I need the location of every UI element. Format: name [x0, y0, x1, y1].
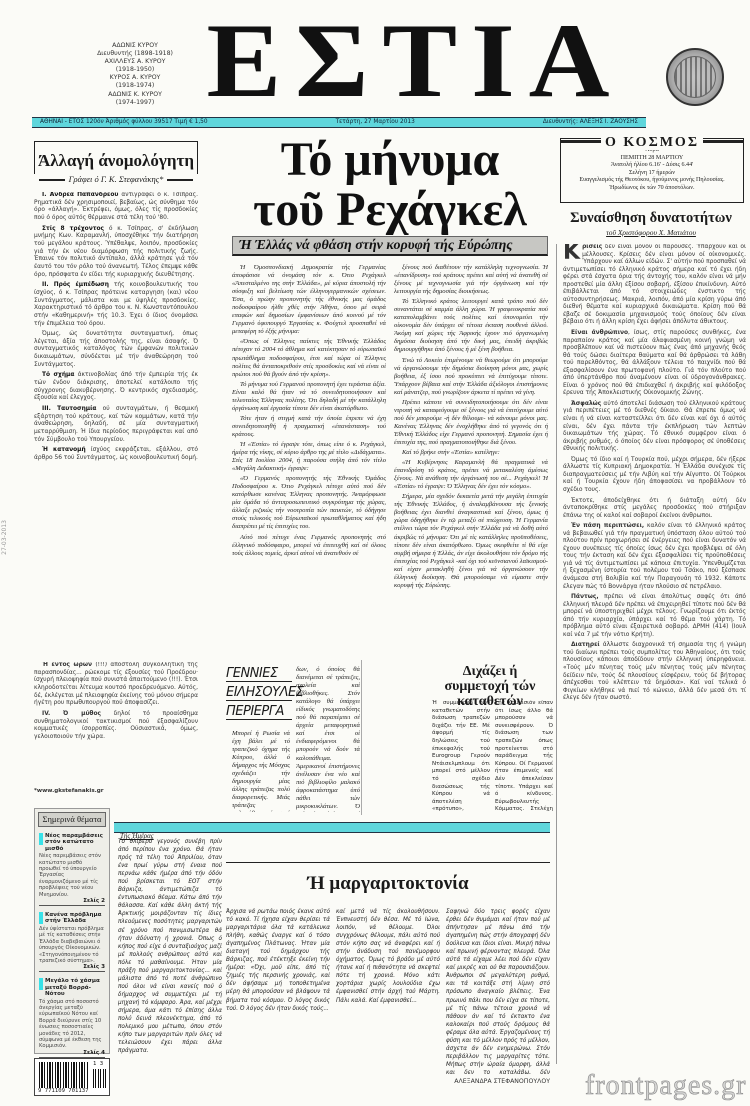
paragraph: Ή «Έστία» τό έγραψε τότε, όπως είπε ό κ.…: [232, 441, 386, 473]
rubric-word: ΕΙΛΗΣΟΥΛΕΣ: [226, 685, 292, 701]
athena-seal-icon: [666, 48, 724, 106]
topic-page-ref: Σελίς 2: [39, 898, 105, 906]
paragraph: ξένους πού διαθέτουν τήν κατάλληλη τεχνο…: [394, 264, 548, 296]
founder-line: (1918-1974): [60, 82, 210, 90]
daily-column-1: Τό θλιβερό γεγονός συνέβη πρίν άπό περίπ…: [118, 838, 222, 1096]
daisy-article-headline: Ή μαργαριτοκτονία: [228, 872, 548, 896]
topic-headline: Μεγάλο τό χάσμα μεταξύ Βορρά-Νότου: [45, 978, 105, 997]
paragraph: Ή Όμοσπονδιακή Δημοκρατία τής Γερμανίας …: [232, 264, 386, 336]
paragraph: Τό μήνυμα τού Γερμανού προπονητή έχει τε…: [232, 381, 386, 413]
topic-marker-icon: [39, 978, 43, 990]
paragraph: I. Άνδρέα Παπανδρέου άντιγράφει ό κ. Τσί…: [34, 192, 198, 223]
founder-line: ΑΔΩΝΙΣ ΚΥΡΟΥ: [60, 42, 210, 50]
topic-item[interactable]: Μεγάλο τό χάσμα μεταξύ Βορρά-Νότου Τό χά…: [39, 978, 105, 1057]
main-article-column-2: ξένους πού διαθέτουν τήν κατάλληλη τεχνο…: [394, 264, 548, 651]
headline-line: τοῦ Ρεχάγκελ: [220, 185, 560, 235]
paragraph: Ένώ τό Λυκείο έπιμένουμε νά θεωρούμε ότι…: [394, 357, 548, 397]
paragraph: Είναι άνθρώπινο, ίσως, στίς παρούσες συν…: [563, 330, 746, 398]
rubric-word: ΓΕΝΝΙΕΣ: [226, 666, 292, 682]
left-article-body-end: Ή έντός ώρών (!!!) άποστολή συγκολλητική…: [34, 662, 198, 767]
almanac-line: ΠΕΜΠΤΗ 28 ΜΑΡΤΙΟΥ: [561, 155, 743, 163]
paragraph: Τό Έλληνικό κράτος λειτουργεί κατά τρόπο…: [394, 298, 548, 354]
paragraph: III. Ταυτοσημία ού συνταγμάτων, ή θεσμικ…: [34, 406, 198, 444]
founder-line: (1974-1997): [60, 99, 210, 107]
section-bar-of-the-day: Τής Ήμέρας: [114, 822, 550, 833]
almanac-line: Ήρωδίωνος έκ τών 70 άποστόλων.: [561, 185, 743, 193]
paragraph: Έκτοτε, άποδείχθηκε ότι ή διάταξη αύτή δ…: [563, 498, 746, 521]
right-article-body: Κρίσεις δέν είναι μόνον οί παρούσες. Ύπά…: [556, 244, 746, 1064]
paragraph: Έν πάση περιπτώσει, καλόν είναι τό έλλην…: [563, 523, 746, 591]
paragraph: IV. Ό μύθος δηλοί τό προαίσθημα συνθηματ…: [34, 711, 198, 742]
issue-info-bar: ΑΘΗΝΑΙ - ΕΤΟΣ 120όν Άριθμός φύλλου 39517…: [32, 117, 646, 128]
paragraph: II. Πρός έμπέδωση τής κοινοβουλευτικής τ…: [34, 282, 198, 328]
curiosities-text-2: δων, ό όποίος θά διανέμεται σέ τράπεζες,…: [296, 666, 360, 812]
left-article-body: I. Άνδρέα Παπανδρέου άντιγράφει ό κ. Τσί…: [34, 192, 198, 662]
paragraph: Καί τό βρήκε στήν «Έστία» κατέληγε:: [394, 449, 548, 457]
todays-topics-title: Σημερινά θέματα: [38, 812, 106, 827]
quote-paragraph: «Ό Γερμανός προπονητής τής Έθνικής Όμάδο…: [232, 475, 386, 531]
curiosities-text-1: Μπορεί ή Ρωσία νά έχη βάλει μέ τό τραπεζ…: [232, 730, 290, 812]
barcode-issue: 1 3: [93, 1061, 103, 1067]
topic-body: Τό χάσμα στό ποσοστό άνεργίας μεταξύ εύρ…: [39, 999, 105, 1050]
paragraph: Όμως, ώς δυνατότητα συνταγματική, όπως λ…: [34, 331, 198, 369]
paragraph: Σήμερα, μία σχεδόν δεκαετία μετά τήν μεγ…: [394, 493, 548, 590]
right-article-byline: τοῦ Χριστόφορου Χ. Ματιάτου: [556, 228, 746, 237]
headline-line: Τό μήνυμα: [220, 135, 560, 185]
founder-line: ΑΧΙΛΛΕΥΣ Α. ΚΥΡΟΥ: [60, 58, 210, 66]
paragraph: «Όπως οί Έλληνες παίκτες τής Έθνικής Έλλ…: [232, 338, 386, 378]
paragraph: «Ή Κυβέρνησις Καραμανλή θά πραγματικά νά…: [394, 459, 548, 491]
founders-list: ΑΔΩΝΙΣ ΚΥΡΟΥ Διευθυντής (1898-1918) ΑΧΙΛ…: [60, 42, 210, 107]
paragraph: Στίς 8 τρέχοντος ό κ. Τσίπρας, σ' έκδήλω…: [34, 226, 198, 280]
rubric-word: ΠΕΡΙΕΡΓΑ: [226, 704, 292, 720]
topic-headline: Κανένα πρόβλημα στήν Έλλάδα: [45, 912, 105, 925]
topic-body: Δέν ύφίσταται πρόβλημα μέ τίς καταθέσεις…: [39, 926, 105, 964]
divider: [226, 862, 550, 863]
daily-column-3: καί μετά νά τίς άκολουθήσουν. Ένπνευστή …: [336, 908, 440, 1078]
daily-column-2: Άρχισα νά ρωτάω ποιός έκανε αύτό τό κακό…: [226, 908, 330, 1078]
todays-topics-box: Σημερινά θέματα Νέος παραμβάσεις στόν κα…: [34, 808, 110, 1054]
topic-body: Νέες παρεμβάσεις στόν κατώτατο μισθό προ…: [39, 853, 105, 898]
barcode-icon: 1 3 9 771109 701137: [34, 1058, 110, 1096]
issue-number: ΑΘΗΝΑΙ - ΕΤΟΣ 120όν Άριθμός φύλλου 39517…: [40, 118, 208, 127]
almanac-line: Σελήνη 17 ήμερών: [561, 170, 743, 178]
author-website-link[interactable]: *www.gkstefanakis.gr: [34, 788, 104, 794]
paragraph: Πρέπει κάποτε νά συνειδητοποιήσουμε ότι …: [394, 399, 548, 447]
paragraph: Άσφαλώς αύτό άποτελεί διάσωση τού έλληνι…: [563, 401, 746, 454]
almanac-title-text: Ο ΚΟΣΜΟΣ: [601, 135, 703, 150]
topic-page-ref: Σελίς 3: [39, 964, 105, 972]
main-subhead: Ή Έλλάς νά φθάση στήν κορυφή τής Εύρώπης: [232, 236, 548, 256]
newspaper-masthead: ΕΣΤΙΑ: [195, 17, 635, 104]
daily-author: ΑΛΕΞΑΝΔΡΑ ΣΤΕΦΑΝΟΠΟΥΛΟΥ: [430, 1078, 550, 1085]
almanac-line: Άνατολή ήλίου 6.16' - Δύσις 6.44': [561, 162, 743, 170]
byline-text: Γράφει ό Γ. Κ. Στεφανάκης*: [69, 174, 164, 184]
world-almanac-title: Ο ΚΟΣΜΟΣ: [560, 131, 744, 151]
paragraph: Τό σχήμα άκτινοβολίας άπό τήν έμπειρία τ…: [34, 372, 198, 403]
barcode-number: 9 771109 701137: [38, 1088, 89, 1094]
paragraph: Αύτό πού πέτυχε ένας Γερμανός προπονητής…: [232, 534, 386, 558]
depositors-column-2: τής Κομμισιόν είπαν ότι ίσως άλλο θά μπο…: [495, 700, 553, 812]
topic-item[interactable]: Νέος παραμβάσεις στόν κατώτατο μισθό Νέε…: [39, 833, 105, 906]
founder-line: Διευθυντής (1898-1918): [60, 50, 210, 58]
right-article-title: Συναίσθηση δυνατοτήτων: [556, 208, 746, 228]
topic-item[interactable]: Κανένα πρόβλημα στήν Έλλάδα Δέν ύφίστατα…: [39, 912, 105, 972]
depositors-column-1: Ή συμμετοχή τών καταθετών στήν διάσωση τ…: [432, 700, 490, 812]
paragraph: Όμως τό ίδιο καί ή Τουρκία πού, μέχρι σή…: [563, 457, 746, 495]
watermark: frontpages.gr: [585, 1070, 747, 1102]
paragraph: Κρίσεις δέν είναι μόνον οί παρούσες. Ύπά…: [563, 244, 746, 327]
almanac-line: Ευαγγελισμός τής Θεοτόκου, ήγούμενος μον…: [561, 177, 743, 185]
paragraph: Ή έντός ώρών (!!!) άποστολή συγκολλητική…: [34, 662, 198, 708]
daily-column-4: Σαφηνώ δύο τρεις φορές είχαν έρθει δέν θ…: [446, 908, 550, 1074]
editor-credit: Διευθυντής: ΑΛΕΞΗΣ Ι. ΖΑΟΥΣΗΣ: [543, 118, 638, 127]
topic-marker-icon: [39, 833, 43, 845]
drop-cap: Κ: [563, 244, 580, 261]
topic-marker-icon: [39, 912, 43, 924]
main-article-column-1: Ή Όμοσπονδιακή Δημοκρατία τής Γερμανίας …: [232, 264, 386, 658]
paragraph: Διατηρεί άλλωστε διαχρονικά τή σημασία τ…: [563, 642, 746, 702]
main-headline: Τό μήνυμα τοῦ Ρεχάγκελ: [220, 135, 560, 235]
paragraph: Τότε ήταν ή στιγμή κατά τήν όποία έπρεπε…: [232, 415, 386, 439]
issue-date: Τετάρτη, 27 Μαρτίου 2013: [336, 118, 415, 127]
founder-line: (1918-1950): [60, 66, 210, 74]
founder-line: ΑΔΩΝΙΣ Κ. ΚΥΡΟΥ: [60, 91, 210, 99]
paragraph: Πάντως, πρέπει νά είναι άπολύτως σαφές ό…: [563, 594, 746, 639]
side-date-stamp: 27-03-2013: [1, 520, 11, 555]
topic-headline: Νέος παραμβάσεις στόν κατώτατο μισθό: [45, 833, 105, 852]
topic-page-ref: Σελίς 4: [39, 1050, 105, 1058]
left-article-byline: Γράφει ό Γ. Κ. Στεφανάκης*: [34, 174, 198, 184]
founder-line: ΚΥΡΟΣ Α. ΚΥΡΟΥ: [60, 74, 210, 82]
paragraph: Ή κατανομή ίσχύος εκφράζεται, εξάλλου, σ…: [34, 447, 198, 462]
